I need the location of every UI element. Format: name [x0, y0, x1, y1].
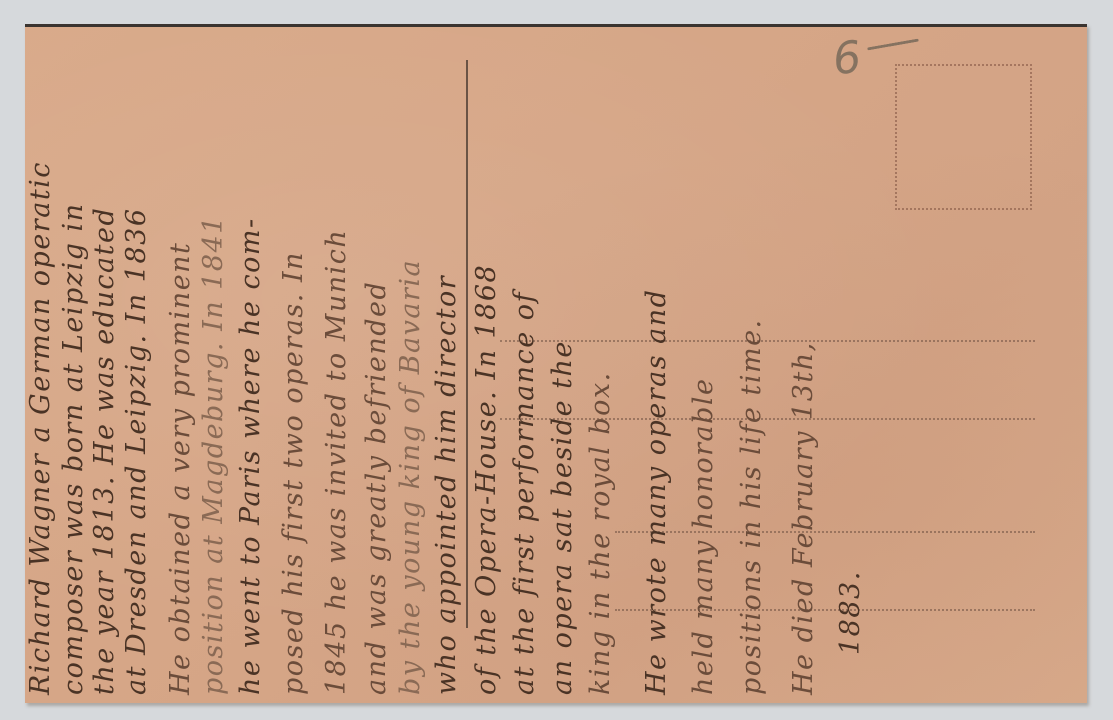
- handwritten-line: positions in his life time.: [738, 318, 765, 695]
- handwritten-line: Richard Wagner a German operatic: [27, 161, 54, 695]
- handwritten-line: at Dresden and Leipzig. In 1836: [123, 208, 150, 696]
- handwritten-line: by the young king of Bavaria: [397, 259, 424, 695]
- address-line-2: [500, 418, 1035, 420]
- handwritten-line: position at Magdeburg. In 1841: [200, 215, 227, 695]
- handwritten-line: and was greatly befriended: [363, 281, 390, 695]
- handwritten-line: held many honorable: [690, 378, 717, 695]
- handwritten-line: an opera sat beside the: [549, 340, 576, 695]
- handwritten-line: the year 1813. He was educated: [91, 207, 118, 695]
- handwritten-line: composer was born at Leipzig in: [60, 202, 87, 695]
- stamp-box: [895, 64, 1032, 210]
- director-underline: [466, 60, 468, 628]
- handwritten-line: He died February 13th,: [790, 341, 817, 695]
- handwritten-line: 1883.: [837, 570, 864, 655]
- address-line-3: [615, 531, 1035, 533]
- address-line-4: [615, 609, 1035, 611]
- pencil-price-mark: 6: [830, 32, 863, 86]
- handwritten-line: He obtained a very prominent: [167, 242, 194, 695]
- handwritten-line: he went to Paris where he com-: [237, 217, 264, 695]
- handwritten-line: He wrote many operas and: [643, 289, 670, 695]
- handwritten-line: at the first performance of: [511, 291, 538, 695]
- pencil-price-dash: [867, 39, 919, 51]
- postcard-back: 6 Richard Wagner a German operatic compo…: [25, 24, 1087, 703]
- handwritten-line: who appointed him director: [433, 275, 460, 695]
- address-line-1: [500, 340, 1035, 342]
- handwritten-line: posed his first two operas. In: [280, 251, 307, 695]
- handwritten-line: of the Opera-House. In 1868: [473, 264, 500, 695]
- handwritten-line: king in the royal box.: [587, 371, 614, 695]
- handwritten-line: 1845 he was invited to Munich: [323, 229, 350, 695]
